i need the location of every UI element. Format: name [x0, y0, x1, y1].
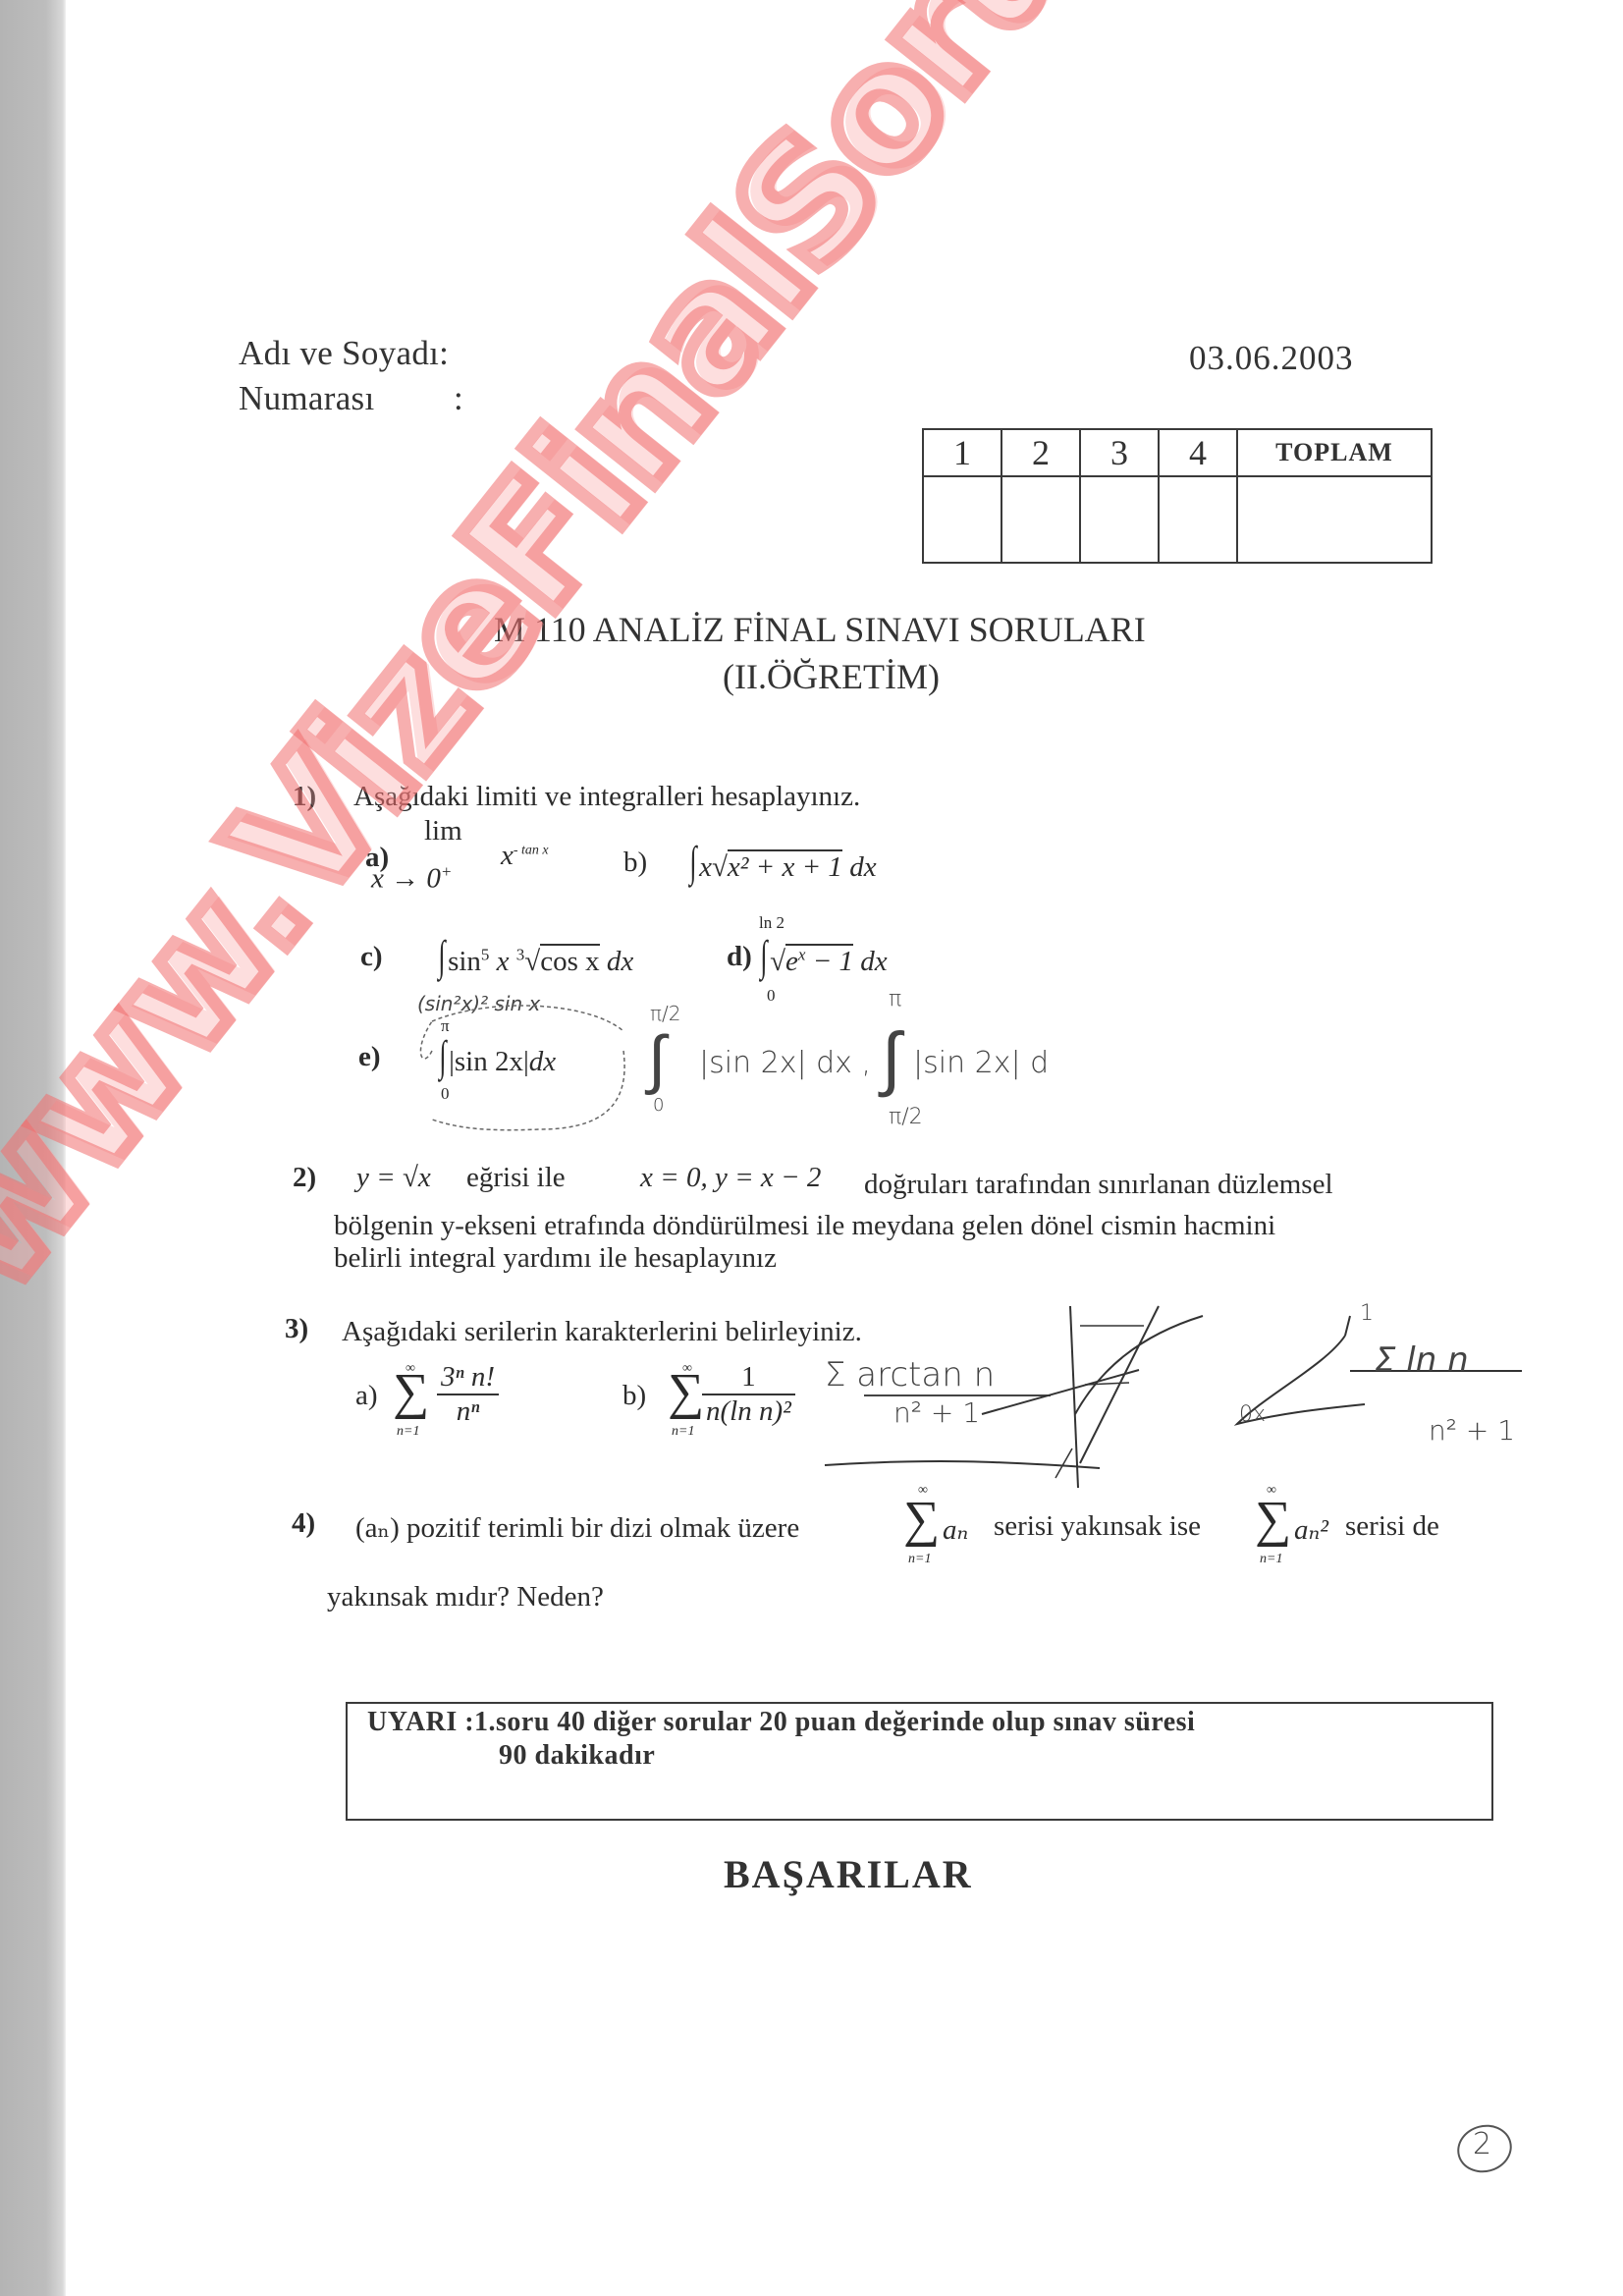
q1e-label: e) — [358, 1041, 381, 1073]
q3b-den: n(ln n)² — [702, 1395, 795, 1428]
handwritten-graph-sketch — [815, 1277, 1522, 1493]
handwritten-ln-den: n² + 1 — [1429, 1414, 1515, 1447]
score-cell-2[interactable] — [1001, 476, 1080, 563]
q3-number: 3) — [285, 1313, 308, 1345]
q1d-expr: ∫√ex − 1 dx — [758, 931, 888, 981]
q1c-radicand: cos x — [540, 944, 599, 977]
q1c-sin: sin — [448, 946, 481, 977]
integral-sign: ∫ — [689, 837, 696, 887]
score-cell-3[interactable] — [1080, 476, 1159, 563]
q3b-fraction: 1n(ln n)² — [702, 1361, 795, 1428]
q4-text-a: (aₙ) pozitif terimli bir dizi olmak üzer… — [355, 1510, 799, 1545]
number-label: Numarası — [239, 379, 374, 418]
q2-number: 2) — [293, 1162, 316, 1194]
q1a-base: x — [501, 840, 514, 871]
integral-sign: ∫ — [438, 931, 445, 981]
q1b-x: x — [699, 851, 712, 883]
exam-subtitle: (II.ÖĞRETİM) — [723, 656, 940, 697]
q3-text: Aşağıdaki serilerin karakterlerini belir… — [342, 1316, 862, 1348]
q4-sum1-bottom: n=1 — [908, 1552, 931, 1567]
handwritten-integral-1: ∫ — [648, 1021, 666, 1097]
q1d-radicand: ex − 1 — [785, 944, 853, 977]
q4-number: 4) — [292, 1507, 315, 1540]
score-col-2: 2 — [1001, 429, 1080, 476]
handwritten-graph-label: 0x — [1239, 1402, 1266, 1427]
handwritten-ln-note: Σ ln n — [1375, 1340, 1469, 1380]
sigma-icon: ∑ — [393, 1363, 429, 1421]
q3a-bottom: n=1 — [397, 1424, 419, 1440]
handwritten-split2-lower: π/2 — [889, 1105, 923, 1129]
q1a-expr: x- tan x — [501, 840, 549, 872]
handwritten-split2-upper: π — [889, 987, 901, 1011]
warning-line2: 90 dakikadır — [499, 1740, 655, 1772]
q2-lines: x = 0, y = x − 2 — [640, 1162, 821, 1194]
q1-text: Aşağıdaki limiti ve integralleri hesapla… — [353, 781, 860, 813]
sigma-icon: ∑ — [903, 1491, 940, 1549]
closing-text: BAŞARILAR — [724, 1851, 973, 1897]
sigma-icon: ∑ — [668, 1363, 704, 1421]
q1a-sub-sup: + — [441, 862, 452, 881]
exam-date: 03.06.2003 — [1189, 339, 1354, 378]
q2-line2: bölgenin y-ekseni etrafında döndürülmesi… — [334, 1210, 1275, 1242]
number-colon: : — [454, 379, 463, 418]
q4-line2: yakınsak mıdır? Neden? — [327, 1581, 604, 1613]
q1a-lim: lim — [424, 815, 462, 847]
q3a-fraction: 3ⁿ n!nⁿ — [437, 1361, 499, 1428]
q1d-label: d) — [727, 941, 752, 973]
q1b-label: b) — [623, 847, 647, 879]
handwritten-integral-2: ∫ — [882, 1016, 901, 1099]
q2-line3: belirli integral yardımı ile hesaplayını… — [334, 1242, 777, 1275]
q1a-exponent: - tan x — [514, 843, 549, 857]
scan-edge-shadow — [0, 0, 66, 2296]
score-cell-1[interactable] — [923, 476, 1001, 563]
q1b-radicand: x² + x + 1 — [728, 849, 842, 883]
integral-sign: ∫ — [760, 931, 767, 981]
page-mark: 2 — [1473, 2127, 1491, 2161]
q3a-num: 3ⁿ n! — [437, 1361, 499, 1395]
exam-title: M 110 ANALİZ FİNAL SINAVI SORULARI — [494, 609, 1146, 650]
handwritten-integral-upper: 1 — [1360, 1301, 1374, 1326]
handwritten-split1-lower: 0 — [653, 1095, 664, 1116]
q4-sum2-term: aₙ² — [1294, 1512, 1328, 1547]
q1d-upper: ln 2 — [759, 913, 784, 933]
q1d-lower: 0 — [767, 986, 776, 1006]
q3b-label: b) — [622, 1380, 646, 1412]
score-col-1: 1 — [923, 429, 1001, 476]
q2-curve: y = √x — [356, 1162, 431, 1194]
q1c-label: c) — [360, 941, 383, 973]
score-table: 1 2 3 4 TOPLAM — [922, 428, 1433, 564]
score-col-4: 4 — [1159, 429, 1237, 476]
sigma-icon: ∑ — [1255, 1491, 1291, 1549]
q3b-num: 1 — [702, 1361, 795, 1395]
q1b-dx: dx — [849, 851, 876, 883]
handwritten-split2: |sin 2x| d — [913, 1046, 1049, 1080]
q3b-bottom: n=1 — [672, 1424, 694, 1440]
q1c-x: x — [497, 946, 510, 977]
q1a-sub-text: x → 0 — [371, 863, 441, 895]
q1-number: 1) — [293, 781, 316, 813]
q4-sum2-bottom: n=1 — [1260, 1552, 1282, 1567]
warning-line1: UYARI :1.soru 40 diğer sorular 20 puan d… — [367, 1707, 1195, 1738]
q1c-exp: 5 — [481, 945, 490, 963]
name-label: Adı ve Soyadı: — [239, 334, 449, 373]
score-col-total: TOPLAM — [1237, 429, 1432, 476]
q1a-limit-sub: x → 0+ — [371, 862, 452, 896]
q3a-label: a) — [355, 1380, 378, 1412]
q1c-dx: dx — [607, 946, 633, 977]
q1c-root-index: 3 — [516, 945, 525, 963]
q4-sum1-term: aₙ — [943, 1512, 968, 1547]
q1d-dx: dx — [860, 946, 887, 977]
q1d-tail: − 1 — [805, 946, 853, 977]
score-cell-4[interactable] — [1159, 476, 1237, 563]
q2-text-a: eğrisi ile — [466, 1162, 566, 1194]
handwritten-circle — [393, 992, 648, 1139]
q1c-expr: ∫sin5 x 3√cos x dx — [436, 931, 633, 981]
score-cell-total[interactable] — [1237, 476, 1432, 563]
q4-text-c: serisi de — [1345, 1510, 1439, 1543]
q3a-den: nⁿ — [437, 1395, 499, 1428]
q1d-e: e — [785, 946, 798, 977]
q4-text-b: serisi yakınsak ise — [994, 1510, 1201, 1543]
q1b-expr: ∫x√x² + x + 1 dx — [687, 837, 877, 887]
handwritten-split1: |sin 2x| dx , — [699, 1046, 871, 1080]
q2-text-b: doğruları tarafından sınırlanan düzlemse… — [864, 1169, 1333, 1201]
score-col-3: 3 — [1080, 429, 1159, 476]
